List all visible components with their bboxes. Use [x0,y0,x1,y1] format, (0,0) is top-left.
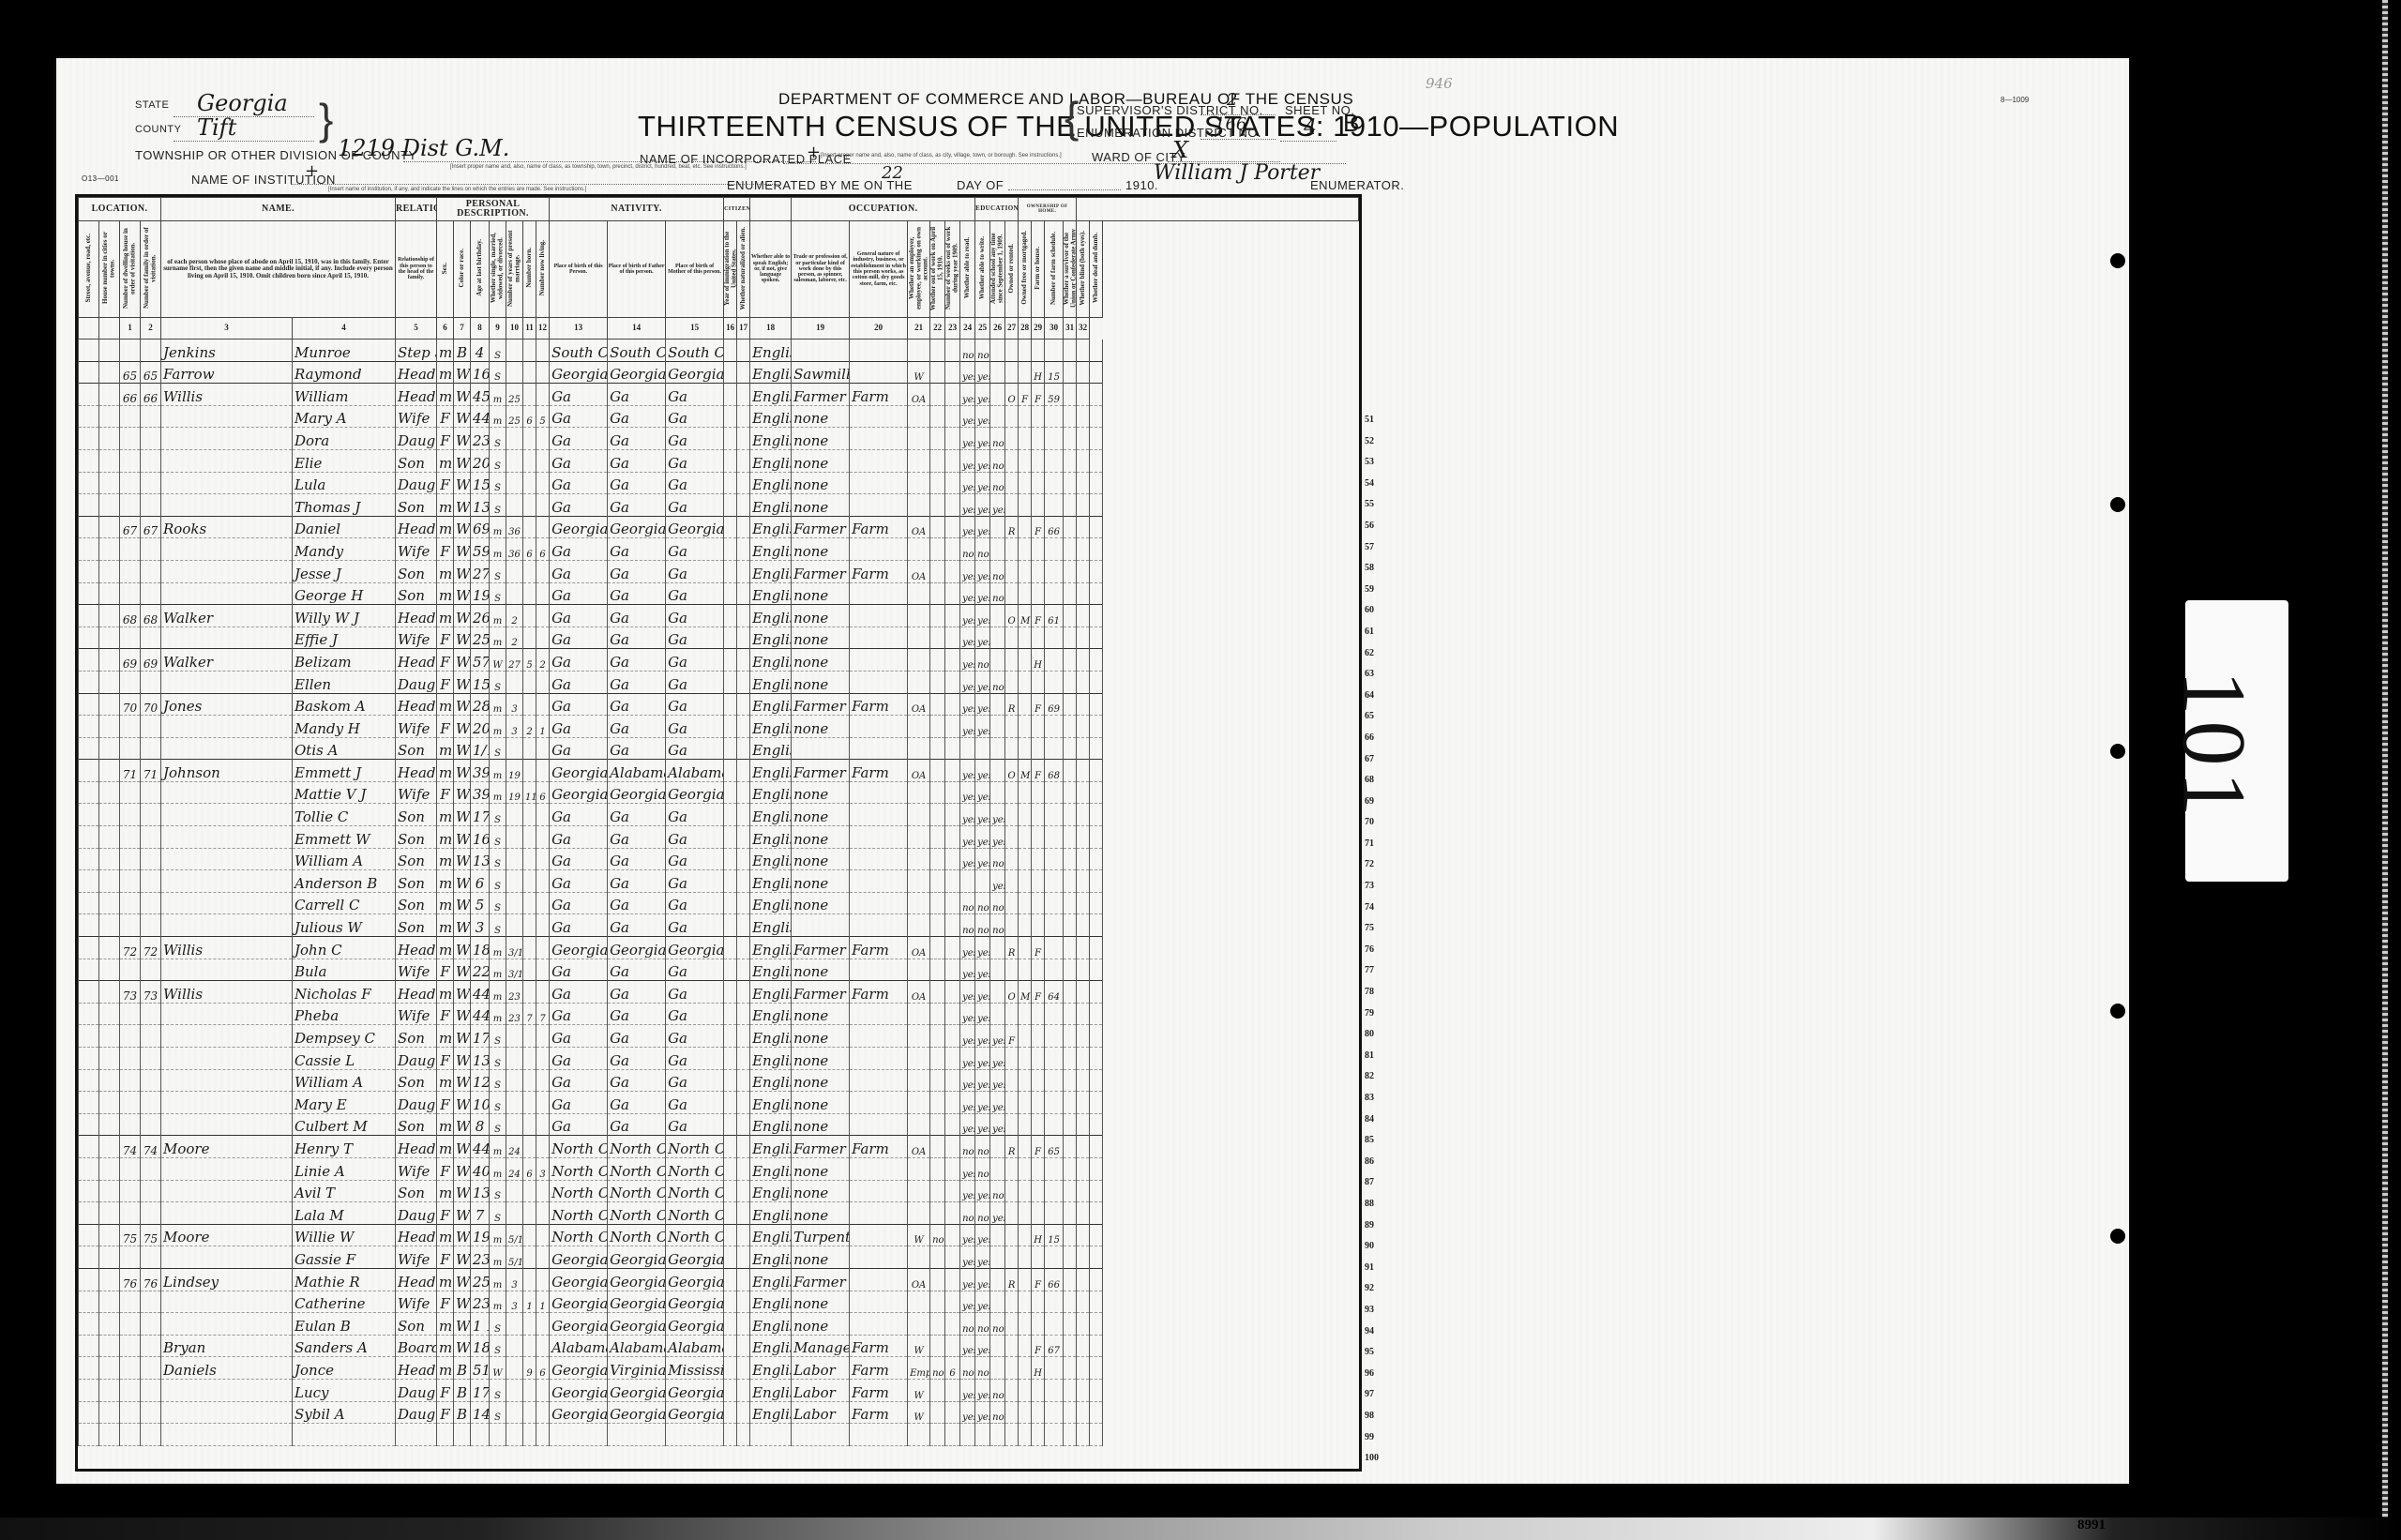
cell-bp: Ga [550,1025,608,1048]
cell-empty [1064,538,1077,561]
cell-bf: Ga [608,716,666,738]
cell-sch: no [990,1379,1005,1401]
cell-cl [536,1113,550,1136]
column-number: 29 [1032,318,1045,340]
col-employer: Whether an employer, employee, or workin… [909,225,929,311]
cell-ind [850,405,908,428]
cell-sched [1045,449,1064,472]
cell-bf: Ga [608,671,666,693]
cell-sch [990,1335,1005,1357]
table-row: Avil TSonmW13SNorth CarolinaNorth Caroli… [79,1180,1359,1202]
cell-given: John C [293,937,396,959]
cell-given: William A [293,848,396,870]
cell-age: 1 1/12 [471,1313,490,1336]
cell-ym: 3 [506,1291,523,1313]
cell-empty [99,1025,120,1048]
cell-ym: 36 [506,516,523,538]
cell-bf: Ga [608,384,666,406]
cell-fam [141,1048,161,1070]
cell-empty [99,1357,120,1380]
cell-sch [990,538,1005,561]
line-number: 86 [1365,1152,1393,1173]
cell-mort: M [1019,760,1032,782]
line-number: 62 [1365,643,1393,665]
cell-empty [737,627,750,649]
cell-empty [724,560,737,582]
cell-race: W [454,516,471,538]
cell-race: W [454,384,471,406]
cell-bp: Ga [550,914,608,937]
cell-sched [1045,737,1064,760]
cell-cl [536,449,550,472]
cell-race: W [454,671,471,693]
cell-surname [161,1069,293,1092]
cell-out [930,361,945,384]
cell-ms: S [490,1379,506,1401]
cell-read: yes [960,1069,975,1092]
cell-lang: English [750,1335,792,1357]
cell-write: yes [975,1025,990,1048]
cell-sex: F [437,781,454,804]
cell-age: 13 [471,848,490,870]
cell-empty [724,1313,737,1336]
table-row: BryanSanders ABoardermW18SAlabamaAlabama… [79,1335,1359,1357]
cell-sex: m [437,1224,454,1246]
cell-race: W [454,449,471,472]
cell-empty [1090,1424,1103,1446]
col-family: Number of family in order of visitation. [143,225,158,311]
cell-empty [1077,1069,1090,1092]
cell-ms: S [490,428,506,450]
cell-fam [141,1157,161,1180]
cell-fam: 67 [141,516,161,538]
cell-bp: Ga [550,671,608,693]
col-owned-rented: Owned or rented. [1008,244,1015,293]
col-veteran: Whether a survivor of the Union or Confe… [1064,225,1077,311]
cell-empty [1064,605,1077,627]
line-number: 80 [1365,1024,1393,1046]
col-weeks-out: Number of weeks out of work during year … [945,225,959,311]
cell-emp [908,627,930,649]
cell-ms: S [490,848,506,870]
cell-bf: Georgia [608,1379,666,1401]
cell-bm: Ga [666,716,724,738]
cell-sex: m [437,1025,454,1048]
cell-write: yes [975,1268,990,1291]
cell-empty [79,1357,99,1380]
cell-empty [79,892,99,914]
cell-cl [536,361,550,384]
column-number: 16 [724,318,737,340]
cell-bp: Ga [550,848,608,870]
cell-bp: Georgia [550,516,608,538]
cell-race: W [454,781,471,804]
cell-own [1005,826,1019,849]
cell-bp: Ga [550,428,608,450]
line-number: 98 [1365,1406,1393,1427]
cell-empty [99,560,120,582]
cell-ym [506,1379,523,1401]
col-children-born: Number born. [526,248,533,288]
cell-cb [523,1335,536,1357]
cell-given: Baskom A [293,693,396,716]
cell-empty [737,1048,750,1070]
cell-empty [724,737,737,760]
cell-bf: Virginia [608,1357,666,1380]
cell-fh: F [1032,605,1045,627]
cell-ym [506,1335,523,1357]
cell-given: Munroe [293,340,396,362]
cell-sched [1045,340,1064,362]
cell-fam [141,671,161,693]
cell-trade: none [792,627,850,649]
cell-sch [990,1268,1005,1291]
cell-ind: Farm [850,693,908,716]
cell-ind [850,959,908,981]
cell-emp [908,538,930,561]
cell-dw [120,1202,141,1225]
cell-empty [1077,848,1090,870]
cell-dw: 71 [120,760,141,782]
cell-read: yes [960,560,975,582]
cell-cl [536,693,550,716]
cell-surname [161,428,293,450]
cell-fam: 69 [141,649,161,672]
cell-weeks [945,1092,960,1114]
table-row: George HSonmW19SGaGaGaEnglishnoneyesyesn… [79,582,1359,605]
cell-lang [750,1424,792,1446]
cell-ind [850,1180,908,1202]
cell-emp [908,1291,930,1313]
cell-out [930,1268,945,1291]
cell-empty [79,959,99,981]
cell-emp [908,494,930,517]
cell-bf [608,1424,666,1446]
cell-emp [908,472,930,494]
cell-surname: Walker [161,649,293,672]
cell-fh [1032,716,1045,738]
cell-empty [1090,1268,1103,1291]
cell-bp: Ga [550,605,608,627]
column-number: 21 [908,318,930,340]
cell-ms: m [490,538,506,561]
cell-lang: English [750,494,792,517]
cell-rel: Head [396,384,437,406]
cell-write: yes [975,1224,990,1246]
cell-cl [536,560,550,582]
enumerator-name: William J Porter [1154,161,1320,185]
cell-empty [99,1069,120,1092]
cell-trade: none [792,848,850,870]
cell-cl [536,1092,550,1114]
cell-out: no [930,1357,945,1380]
column-number: 2 [141,318,161,340]
cell-dw [120,716,141,738]
cell-dw [120,848,141,870]
cell-bf: Ga [608,959,666,981]
cell-rel: Boarder [396,1335,437,1357]
cell-own [1005,892,1019,914]
cell-out [930,1246,945,1269]
cell-ind [850,737,908,760]
line-number: 96 [1365,1364,1393,1385]
cell-given: Otis A [293,737,396,760]
cell-empty [1090,1069,1103,1092]
cell-emp [908,1313,930,1336]
cell-weeks [945,781,960,804]
cell-bp: Georgia [550,760,608,782]
cell-dw: 66 [120,384,141,406]
cell-fh [1032,870,1045,893]
table-row: ElieSonmW20SGaGaGaEnglishnoneyesyesno [79,449,1359,472]
cell-empty [1090,384,1103,406]
cell-given: Jonce [293,1357,396,1380]
cell-weeks [945,1136,960,1158]
cell-fam [141,1069,161,1092]
table-row: Julious WSonmW3SGaGaGaEnglishnonono [79,914,1359,937]
cell-empty [737,449,750,472]
cell-empty [737,1268,750,1291]
cell-empty [1090,1092,1103,1114]
line-number: 79 [1365,1004,1393,1025]
cell-empty [79,1379,99,1401]
cell-fh [1032,959,1045,981]
cell-dw [120,959,141,981]
cell-empty [737,516,750,538]
cell-cb [523,516,536,538]
cell-sex: F [437,649,454,672]
group-misc [1077,198,1359,221]
cell-own: O [1005,605,1019,627]
column-number [79,318,99,340]
cell-empty [724,959,737,981]
cell-cl [536,892,550,914]
cell-weeks [945,826,960,849]
cell-empty [724,1246,737,1269]
table-row: 6868WalkerWilly W JHeadmW26m2GaGaGaEngli… [79,605,1359,627]
cell-ym [506,870,523,893]
cell-empty [99,384,120,406]
cell-trade: Manager [792,1335,850,1357]
line-number: 51 [1365,410,1393,431]
group-citizenship: CITIZENSHIP. [724,198,750,221]
cell-own [1005,870,1019,893]
cell-own [1005,1069,1019,1092]
cell-mort [1019,1246,1032,1269]
cell-empty [1077,1424,1090,1446]
cell-out [930,716,945,738]
cell-bm: Ga [666,605,724,627]
cell-empty [1077,582,1090,605]
cell-empty [99,649,120,672]
film-strip [0,1517,2401,1540]
cell-own [1005,494,1019,517]
cell-write: yes [975,760,990,782]
cell-out [930,848,945,870]
cell-fam [141,826,161,849]
cell-write: yes [975,981,990,1004]
cell-sched: 65 [1045,1136,1064,1158]
col-farm-schedule: Number of farm schedule. [1050,232,1057,305]
cell-empty [1090,1003,1103,1025]
cell-given: Mary A [293,405,396,428]
cell-sch: no [990,560,1005,582]
cell-mort [1019,428,1032,450]
cell-sex: m [437,848,454,870]
cell-empty [1090,826,1103,849]
cell-given: Emmett J [293,760,396,782]
cell-empty [1064,1136,1077,1158]
cell-empty [79,1092,99,1114]
cell-empty [1064,1069,1077,1092]
cell-empty [1090,449,1103,472]
cell-surname [161,538,293,561]
cell-sex: m [437,804,454,826]
cell-cl [536,737,550,760]
cell-mort [1019,1136,1032,1158]
cell-empty [724,1136,737,1158]
line-number: 99 [1365,1427,1393,1449]
cell-fam [141,1025,161,1048]
cell-empty [737,472,750,494]
cell-age: 51 [471,1357,490,1380]
incorporated-note: [Insert proper name and, also, name of c… [821,153,1062,159]
table-row: Culbert MSonmW8SGaGaGaEnglishnoneyesyesy… [79,1113,1359,1136]
cell-bp: Ga [550,892,608,914]
cell-ym [506,1113,523,1136]
cell-lang: English [750,671,792,693]
col-out-of-work: Whether out of work on April 15, 1910. [930,225,944,311]
group-name: NAME. [161,198,396,221]
cell-bm: Ga [666,870,724,893]
cell-empty [1077,1224,1090,1246]
cell-own [1005,1092,1019,1114]
cell-bf: Ga [608,560,666,582]
cell-write: no [975,340,990,362]
cell-empty [724,693,737,716]
cell-empty [737,1025,750,1048]
cell-age [471,1424,490,1446]
cell-bf: South Carolina [608,340,666,362]
cell-mort [1019,1025,1032,1048]
cell-rel: Step Son [396,340,437,362]
cell-write: yes [975,627,990,649]
cell-ym [506,826,523,849]
census-table: LOCATION. NAME. RELATION. PERSONAL DESCR… [75,194,1362,1472]
cell-empty [1090,1401,1103,1424]
cell-out [930,449,945,472]
cell-ym [506,1202,523,1225]
cell-ym [506,804,523,826]
cell-ms: S [490,1401,506,1424]
cell-write: yes [975,1379,990,1401]
cell-sex: m [437,340,454,362]
cell-sex: m [437,560,454,582]
col-naturalized: Whether naturalized or alien. [740,227,747,310]
cell-sex: m [437,1069,454,1092]
cell-emp [908,649,930,672]
cell-race: W [454,914,471,937]
cell-fh: H [1032,1357,1045,1380]
cell-race: W [454,1246,471,1269]
cell-ind [850,1224,908,1246]
sheet-value: 4 [1304,116,1317,140]
cell-own [1005,716,1019,738]
cell-write: yes [975,428,990,450]
cell-own: O [1005,384,1019,406]
cell-empty [79,405,99,428]
cell-lang: English [750,981,792,1004]
cell-lang: English [750,826,792,849]
cell-write: yes [975,826,990,849]
cell-empty [79,516,99,538]
cell-mort [1019,804,1032,826]
cell-sch [990,361,1005,384]
cell-empty [99,804,120,826]
cell-empty [1077,737,1090,760]
census-sheet: 8—1009 STATE Georgia COUNTY Tift } TOWNS… [56,58,2129,1484]
cell-sex: m [437,582,454,605]
cell-write: yes [975,361,990,384]
cell-ms: S [490,826,506,849]
cell-cl [536,1136,550,1158]
cell-bf: Ga [608,737,666,760]
column-number: 22 [930,318,945,340]
cell-given: Elie [293,449,396,472]
cell-surname [161,1202,293,1225]
cell-dw [120,1069,141,1092]
cell-ind [850,340,908,362]
cell-bp: Ga [550,560,608,582]
cell-ind [850,781,908,804]
cell-empty [1077,649,1090,672]
cell-empty [724,1048,737,1070]
cell-ym: 24 [506,1157,523,1180]
cell-sch: yes [990,494,1005,517]
cell-sched [1045,1157,1064,1180]
cell-empty [1077,1025,1090,1048]
cell-mort [1019,494,1032,517]
col-race: Color or race. [459,249,465,288]
cell-ind [850,848,908,870]
cell-empty [99,516,120,538]
cell-rel: Head [396,361,437,384]
cell-rel: Son [396,826,437,849]
cell-read: yes [960,1003,975,1025]
col-immigration: Year of immigration to the United States… [724,225,737,311]
cell-write: no [975,892,990,914]
cell-empty [1064,804,1077,826]
cell-sex: m [437,1180,454,1202]
cell-bm: Ga [666,449,724,472]
cell-empty [79,981,99,1004]
cell-ms: S [490,449,506,472]
col-birth-mother: Place of birth of Mother of this person. [666,221,724,318]
cell-mort [1019,1069,1032,1092]
line-number: 78 [1365,982,1393,1004]
cell-trade: none [792,959,850,981]
cell-read: yes [960,848,975,870]
cell-ym [506,1025,523,1048]
cell-own [1005,428,1019,450]
cell-empty [1064,516,1077,538]
cell-emp: OA [908,1136,930,1158]
cell-read: yes [960,959,975,981]
cell-cb [523,1113,536,1136]
cell-surname [161,1025,293,1048]
cell-bm: Georgia [666,937,724,959]
cell-empty [79,1246,99,1269]
